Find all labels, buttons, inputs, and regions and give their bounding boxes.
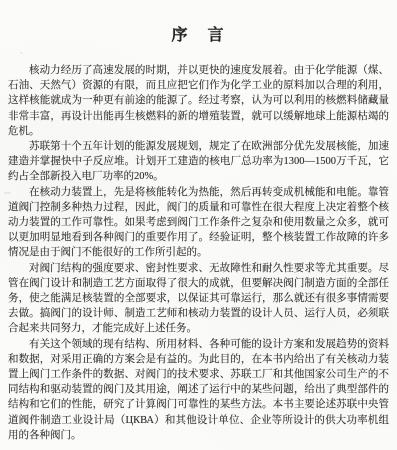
document-page: 序 言 核动力经历了高速发展的时期，并以更快的速度发展着。由于化学能源（煤、石油…: [0, 0, 397, 450]
paragraph-valve-reliability: 在核动力装置上，先是将核能转化为热能，然后再转变成机械能和电能。靠管道阀门控制多…: [8, 185, 389, 261]
preface-body: 核动力经历了高速发展的时期，并以更快的速度发展着。由于化学能源（煤、石油、天然气…: [8, 63, 389, 443]
scan-artifact: [20, 52, 23, 54]
page-title: 序 言: [8, 22, 389, 45]
paragraph-soviet-five-year-plan: 苏联第十个五年计划的能源发展规划，规定了在欧洲部分优先发展核能，加速建造并掌握快…: [8, 139, 389, 185]
paragraph-valve-requirements: 对阀门结构的强度要求、密封性要求、无故障性和耐久性要求等尤其重要。尽管在阀门设计…: [8, 261, 389, 337]
paragraph-book-scope: 有关这个领域的现有结构、所用材料、各种可能的设计方案和发展趋势的资料和数据，对采…: [8, 337, 389, 443]
paragraph-energy-development: 核动力经历了高速发展的时期，并以更快的速度发展着。由于化学能源（煤、石油、天然气…: [8, 63, 389, 139]
